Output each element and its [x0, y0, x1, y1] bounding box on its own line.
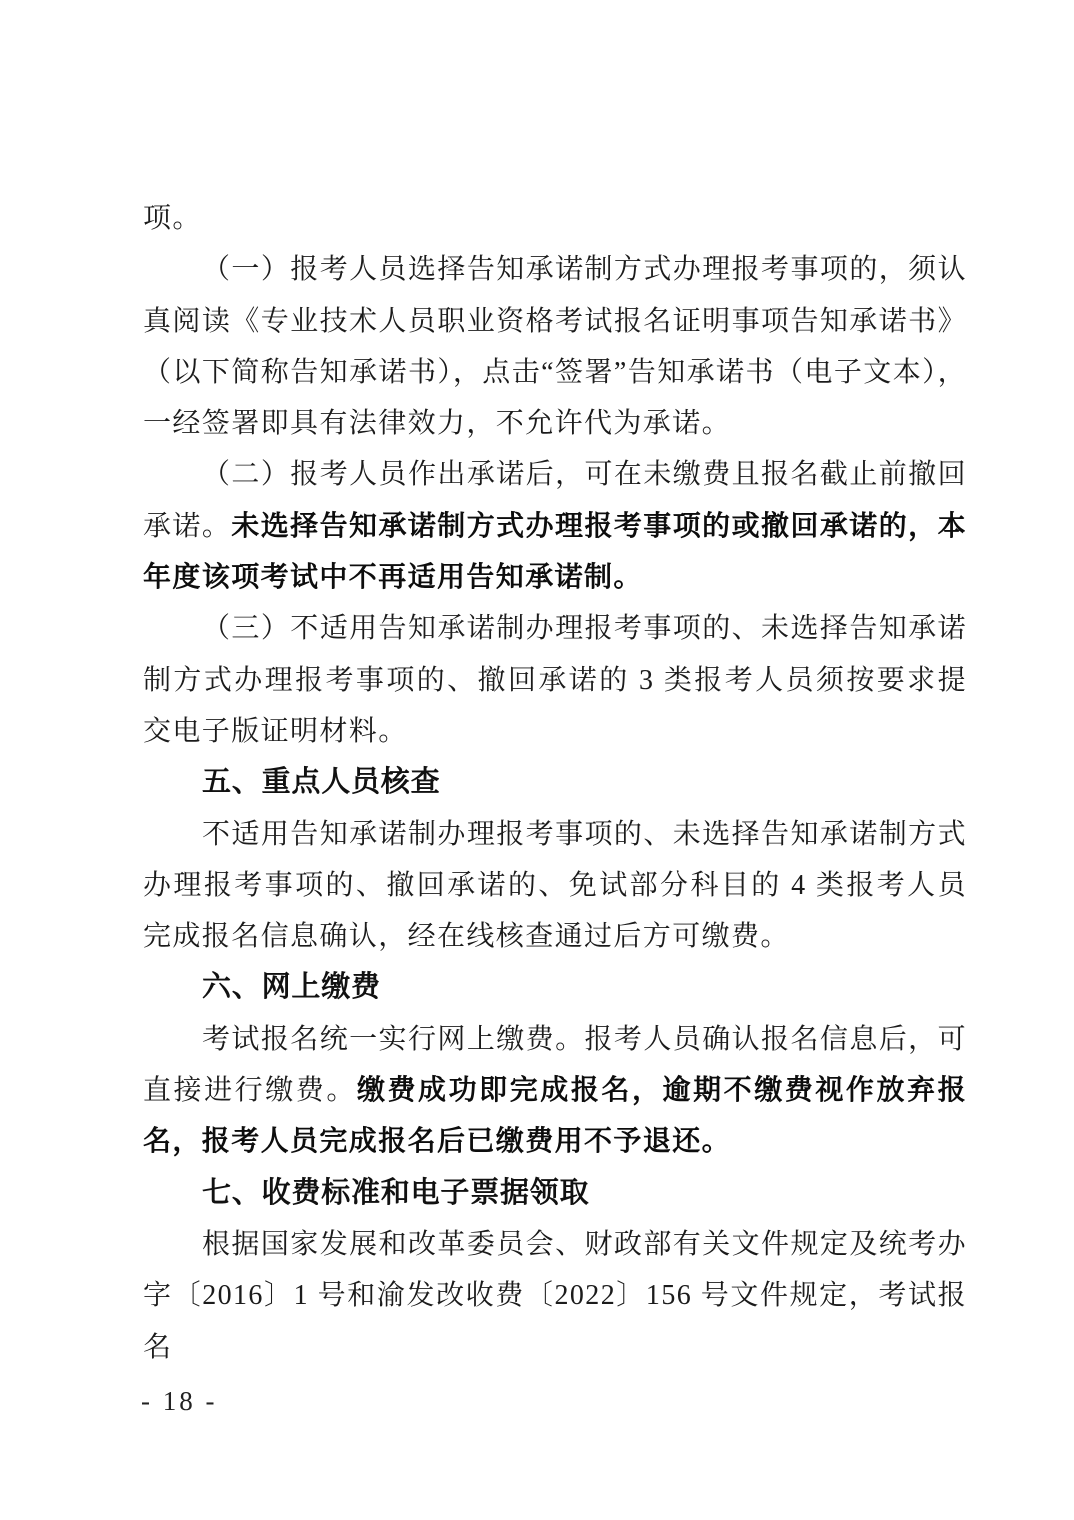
page-number: - 18 -	[141, 1386, 217, 1416]
paragraph-item-1: （一）报考人员选择告知承诺制方式办理报考事项的，须认真阅读《专业技术人员职业资格…	[143, 244, 967, 449]
section-heading-7: 七、收费标准和电子票据领取	[143, 1168, 967, 1219]
paragraph-section-5: 不适用告知承诺制办理报考事项的、未选择告知承诺制方式办理报考事项的、撤回承诺的、…	[143, 809, 967, 963]
page-footer: - 18 -	[141, 1386, 217, 1417]
body-text: 根据国家发展和改革委员会、财政部有关文件规定及统考办字〔2016〕1 号和渝发改…	[143, 1229, 967, 1363]
section-heading-5: 五、重点人员核查	[143, 757, 967, 808]
paragraph-continuation: 项。	[143, 193, 967, 244]
document-page: 项。 （一）报考人员选择告知承诺制方式办理报考事项的，须认真阅读《专业技术人员职…	[0, 0, 1074, 1520]
emphasized-text: 未选择告知承诺制方式办理报考事项的或撤回承诺的，本年度该项考试中不再适用告知承诺…	[143, 511, 967, 593]
section-heading-6: 六、网上缴费	[143, 962, 967, 1013]
body-text: 项。	[143, 203, 202, 234]
body-text: （一）报考人员选择告知承诺制方式办理报考事项的，须认真阅读《专业技术人员职业资格…	[143, 254, 967, 439]
document-body: 项。 （一）报考人员选择告知承诺制方式办理报考事项的，须认真阅读《专业技术人员职…	[143, 193, 967, 1373]
body-text: 不适用告知承诺制办理报考事项的、未选择告知承诺制方式办理报考事项的、撤回承诺的、…	[143, 819, 967, 953]
paragraph-section-7: 根据国家发展和改革委员会、财政部有关文件规定及统考办字〔2016〕1 号和渝发改…	[143, 1219, 967, 1373]
paragraph-item-2: （二）报考人员作出承诺后，可在未缴费且报名截止前撤回承诺。未选择告知承诺制方式办…	[143, 449, 967, 603]
paragraph-item-3: （三）不适用告知承诺制办理报考事项的、未选择告知承诺制方式办理报考事项的、撤回承…	[143, 603, 967, 757]
paragraph-section-6: 考试报名统一实行网上缴费。报考人员确认报名信息后，可直接进行缴费。缴费成功即完成…	[143, 1014, 967, 1168]
body-text: （三）不适用告知承诺制办理报考事项的、未选择告知承诺制方式办理报考事项的、撤回承…	[143, 613, 967, 747]
